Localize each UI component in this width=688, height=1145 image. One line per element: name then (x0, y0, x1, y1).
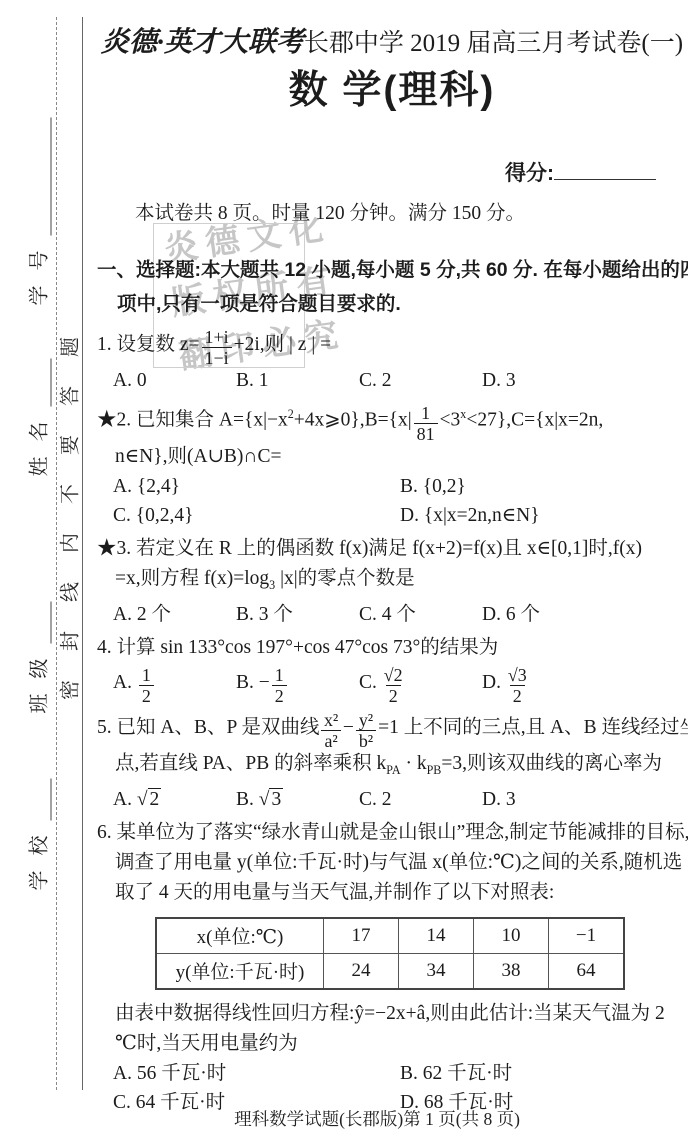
student-school-field: 学 校 (23, 779, 52, 891)
table-cell: 17 (324, 918, 399, 954)
option-c: C. 2 (359, 785, 482, 814)
option-d: D. {x|x=2n,n∈N} (400, 501, 687, 530)
score-row: 得分: (97, 157, 687, 187)
option-c: C. √22 (359, 663, 482, 704)
question-3: ★3. 若定义在 R 上的偶函数 f(x)满足 f(x+2)=f(x)且 x∈[… (97, 534, 687, 629)
question-6-stem-line4: 由表中数据得线性回归方程:ŷ=−2x+â,则由此估计:当某天气温为 2 (97, 999, 687, 1029)
option-a: A. 0 (113, 366, 236, 395)
student-class-label: 班 级 (23, 654, 52, 714)
question-2-stem-line2: n∈N},则(A∪B)∩C= (97, 442, 687, 472)
exam-info: 本试卷共 8 页。时量 120 分钟。满分 150 分。 (97, 199, 687, 229)
question-1: 1. 设复数 z=1+i1−i+2i,则 | z | = A. 0 B. 1 C… (97, 325, 687, 395)
section-heading-line2: 项中,只有一项是符合题目要求的. (97, 287, 687, 321)
option-c: C. 2 (359, 366, 482, 395)
student-id-field: 学 号 (23, 117, 52, 307)
option-a: A. 2 个 (113, 600, 236, 629)
section-heading: 一、选择题:本大题共 12 小题,每小题 5 分,共 60 分. 在每小题给出的… (97, 253, 687, 321)
question-3-stem-line1: ★3. 若定义在 R 上的偶函数 f(x)满足 f(x+2)=f(x)且 x∈[… (97, 534, 687, 564)
table-row-y: y(单位:千瓦·时) 24 34 38 64 (156, 953, 624, 989)
subject-title: 数 学(理科) (97, 67, 687, 115)
option-d: D. 3 (482, 785, 687, 814)
question-6-stem-line3: 取了 4 天的用电量与当天气温,并制作了以下对照表: (97, 878, 687, 908)
student-class-field: 班 级 (23, 602, 52, 714)
table-cell: 24 (324, 953, 399, 989)
option-c: C. 4 个 (359, 600, 482, 629)
question-5-options: A. √2 B. √3 C. 2 D. 3 (97, 785, 687, 814)
table-cell: −1 (549, 918, 625, 954)
table-cell: 10 (474, 918, 549, 954)
question-3-stem-line2: =x,则方程 f(x)=log3 |x|的零点个数是 (97, 564, 687, 600)
table-cell: 14 (399, 918, 474, 954)
score-label: 得分: (505, 162, 554, 185)
question-5-stem-line1: 5. 已知 A、B、P 是双曲线x²a²−y²b²=1 上不同的三点,且 A、B… (97, 708, 687, 749)
table-cell: y(单位:千瓦·时) (156, 953, 324, 989)
content-area: 炎德·英才大联考长郡中学 2019 届高三月考试卷(一) 数 学(理科) 得分:… (97, 0, 687, 1117)
question-1-options: A. 0 B. 1 C. 2 D. 3 (97, 366, 687, 395)
option-d: D. √32 (482, 663, 687, 704)
score-blank-line (554, 158, 656, 180)
brand-title: 炎德·英才大联考 (101, 27, 304, 58)
section-heading-line1: 一、选择题:本大题共 12 小题,每小题 5 分,共 60 分. 在每小题给出的… (97, 253, 687, 287)
page-title: 炎德·英才大联考长郡中学 2019 届高三月考试卷(一) (97, 24, 687, 63)
student-id-label: 学 号 (23, 246, 52, 306)
question-2-stem-line1: ★2. 已知集合 A={x|−x2+4x⩾0},B={x|181<3x<27},… (97, 399, 687, 442)
page-footer: 理科数学试题(长郡版)第 1 页(共 8 页) (97, 1106, 657, 1131)
question-2-options: A. {2,4} B. {0,2} C. {0,2,4} D. {x|x=2n,… (97, 472, 687, 530)
option-b: B. 1 (236, 366, 359, 395)
exam-title: 长郡中学 2019 届高三月考试卷(一) (304, 30, 683, 57)
option-a: A. {2,4} (113, 472, 400, 501)
table-cell: 64 (549, 953, 625, 989)
option-d: D. 6 个 (482, 600, 687, 629)
question-5: 5. 已知 A、B、P 是双曲线x²a²−y²b²=1 上不同的三点,且 A、B… (97, 708, 687, 814)
option-b: B. {0,2} (400, 472, 687, 501)
option-a: A. 12 (113, 663, 236, 704)
table-cell: 38 (474, 953, 549, 989)
table-cell: 34 (399, 953, 474, 989)
question-1-stem: 1. 设复数 z=1+i1−i+2i,则 | z | = (97, 325, 687, 366)
student-school-label: 学 校 (23, 831, 52, 891)
option-b: B. √3 (236, 785, 359, 814)
student-name-field: 姓 名 (23, 353, 52, 483)
option-a: A. √2 (113, 785, 236, 814)
table-row-x: x(单位:℃) 17 14 10 −1 (156, 918, 624, 954)
option-b: B. 62 千瓦·时 (400, 1059, 687, 1088)
question-6-stem-line2: 调查了用电量 y(单位:千瓦·时)与气温 x(单位:℃)之间的关系,随机选 (97, 848, 687, 878)
student-id-blank-line (47, 118, 52, 236)
data-table: x(单位:℃) 17 14 10 −1 y(单位:千瓦·时) 24 34 38 … (155, 917, 625, 990)
option-a: A. 56 千瓦·时 (113, 1059, 400, 1088)
option-b: B. 3 个 (236, 600, 359, 629)
question-5-stem-line2: 点,若直线 PA、PB 的斜率乘积 kPA · kPB=3,则该双曲线的离心率为 (97, 749, 687, 785)
student-name-label: 姓 名 (23, 417, 52, 477)
exam-page: 炎德文化 版权所有 翻印必究 学 号 姓 名 班 级 学 校 密 封 线 内 不… (0, 0, 688, 1145)
table-cell: x(单位:℃) (156, 918, 324, 954)
seal-line-text: 密 封 线 内 不 要 答 题 (54, 329, 83, 709)
question-4-stem: 4. 计算 sin 133°cos 197°+cos 47°cos 73°的结果… (97, 633, 687, 663)
student-name-blank-line (47, 359, 52, 407)
option-b: B. −12 (236, 663, 359, 704)
question-4: 4. 计算 sin 133°cos 197°+cos 47°cos 73°的结果… (97, 633, 687, 704)
student-school-blank-line (47, 779, 52, 821)
question-6-stem-line5: ℃时,当天用电量约为 (97, 1029, 687, 1059)
question-6-stem-line1: 6. 某单位为了落实“绿水青山就是金山银山”理念,制定节能减排的目标,先 (97, 818, 687, 848)
option-d: D. 3 (482, 366, 687, 395)
student-class-blank-line (47, 602, 52, 644)
option-c: C. {0,2,4} (113, 501, 400, 530)
question-4-options: A. 12 B. −12 C. √22 D. √32 (97, 663, 687, 704)
question-2: ★2. 已知集合 A={x|−x2+4x⩾0},B={x|181<3x<27},… (97, 399, 687, 530)
question-6: 6. 某单位为了落实“绿水青山就是金山银山”理念,制定节能减排的目标,先 调查了… (97, 818, 687, 1117)
question-3-options: A. 2 个 B. 3 个 C. 4 个 D. 6 个 (97, 600, 687, 629)
